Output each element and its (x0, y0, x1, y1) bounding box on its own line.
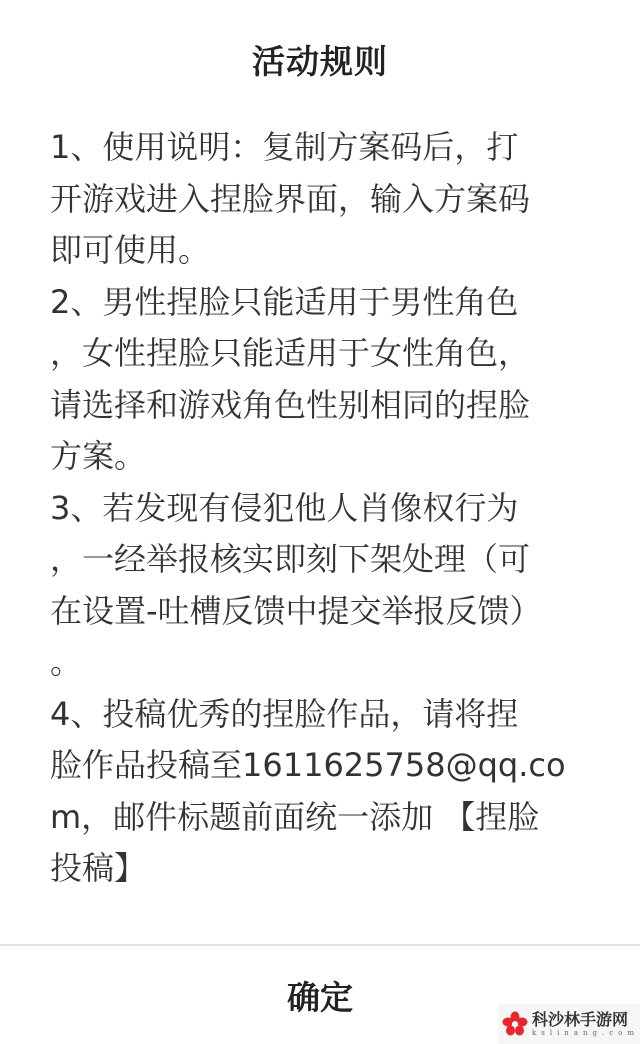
rule-1-line-1: 1、使用说明：复制方案码后，打 (50, 122, 590, 174)
rule-2-line-3: 请选择和游戏角色性别相同的捏脸 (50, 380, 590, 432)
rule-1-line-2: 开游戏进入捏脸界面，输入方案码 (50, 174, 590, 226)
rules-content: 1、使用说明：复制方案码后，打 开游戏进入捏脸界面，输入方案码 即可使用。 2、… (50, 122, 590, 895)
dialog-title: 活动规则 (0, 36, 640, 83)
rules-dialog: 活动规则 1、使用说明：复制方案码后，打 开游戏进入捏脸界面，输入方案码 即可使… (0, 0, 640, 1044)
rule-4-line-1: 4、投稿优秀的捏脸作品，请将捏 (50, 689, 590, 741)
rule-3-line-3: 在设置-吐槽反馈中提交举报反馈） (50, 586, 590, 638)
rule-4-line-3: m，邮件标题前面统一添加 【捏脸 (50, 792, 590, 844)
rule-2-line-1: 2、男性捏脸只能适用于男性角色 (50, 277, 590, 329)
watermark: 科沙林手游网 kslinang.com (498, 1004, 640, 1044)
rule-3-line-4: 。 (50, 637, 590, 689)
rule-2-line-4: 方案。 (50, 431, 590, 483)
flower-logo-icon (502, 1011, 528, 1037)
rule-4-line-2: 脸作品投稿至1611625758@qq.co (50, 740, 590, 792)
rule-3-line-2: ，一经举报核实即刻下架处理（可 (50, 534, 590, 586)
rule-1-line-3: 即可使用。 (50, 225, 590, 277)
watermark-subtext: kslinang.com (532, 1029, 639, 1038)
rule-3-line-1: 3、若发现有侵犯他人肖像权行为 (50, 483, 590, 535)
rule-2-line-2: ，女性捏脸只能适用于女性角色， (50, 328, 590, 380)
rule-4-line-4: 投稿】 (50, 843, 590, 895)
watermark-text: 科沙林手游网 (532, 1011, 639, 1029)
